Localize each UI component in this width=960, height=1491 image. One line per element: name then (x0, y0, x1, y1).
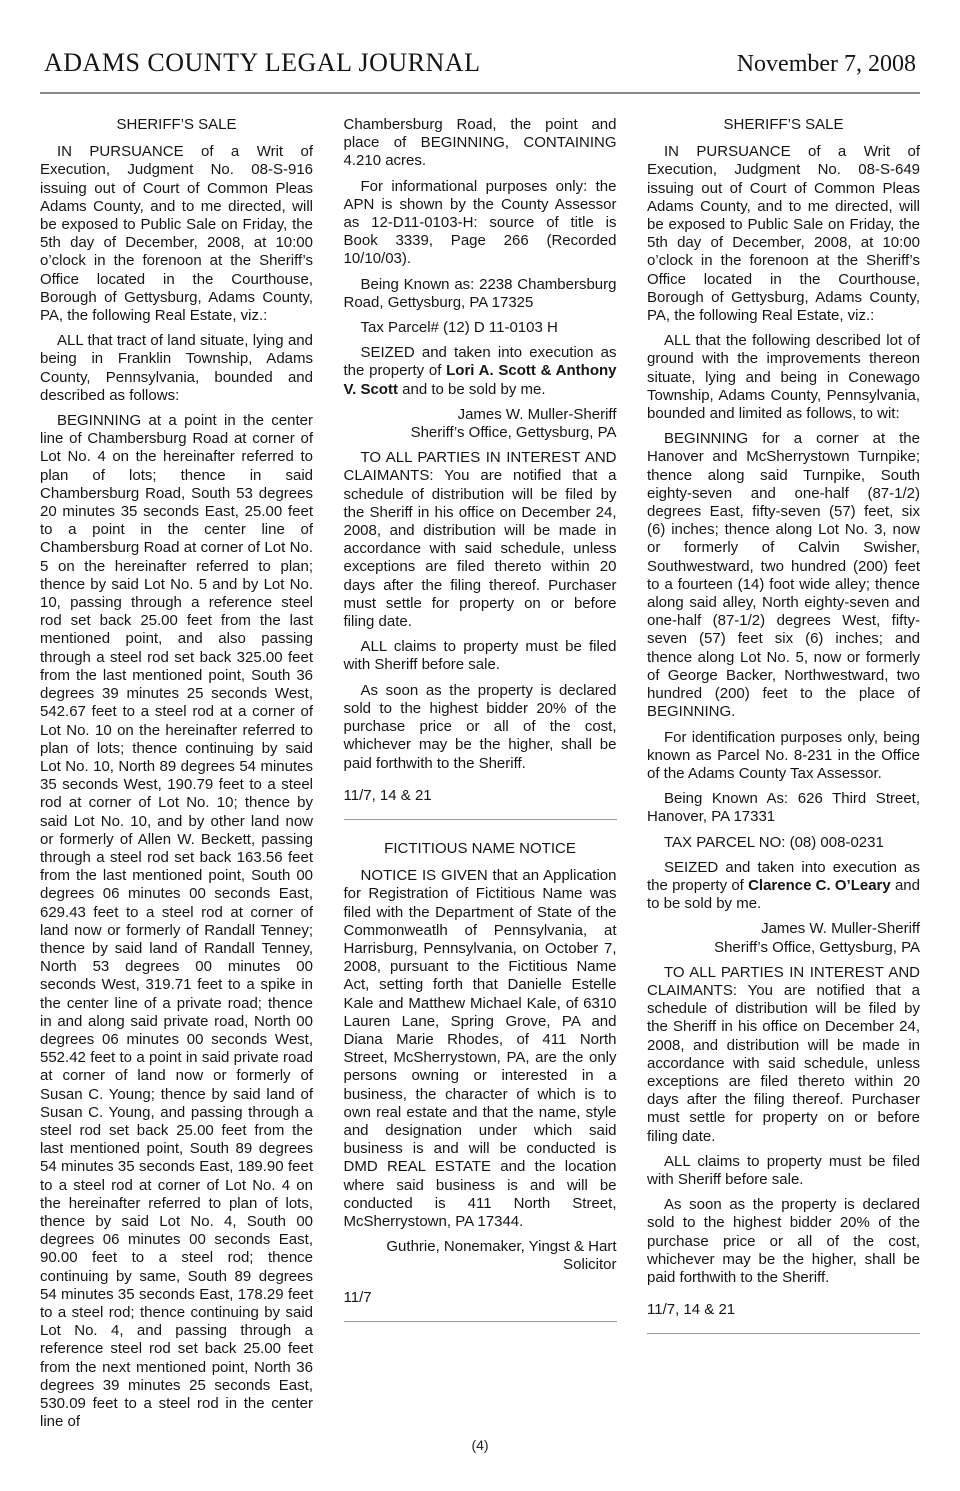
sheriffs-sale-2-known-as: Being Known As: 626 Third Street, Hanove… (647, 790, 920, 826)
sheriffs-sale-2-bidder: As soon as the property is declared sold… (647, 1196, 920, 1287)
sheriffs-sale-2-lot: ALL that the following described lot of … (647, 332, 920, 423)
sheriffs-sale-1-metes-bounds: BEGINNING at a point in the center line … (40, 412, 313, 1431)
sheriffs-sale-1-seized: SEIZED and taken into execution as the p… (344, 344, 617, 399)
sheriffs-sale-2-heading: SHERIFF’S SALE (647, 116, 920, 134)
sheriffs-sale-2-identification: For identification purposes only, being … (647, 729, 920, 784)
defendant-names: Clarence C. O’Leary (748, 877, 891, 894)
sheriff-signature-name: James W. Muller-Sheriff (647, 920, 920, 938)
text-columns: SHERIFF’S SALE IN PURSUANCE of a Writ of… (40, 116, 920, 1431)
masthead: ADAMS COUNTY LEGAL JOURNAL November 7, 2… (40, 48, 920, 78)
column-3-end-rule (647, 1333, 920, 1334)
sheriffs-sale-2-tax-parcel: TAX PARCEL NO: (08) 008-0231 (647, 834, 920, 852)
column-2: Chambersburg Road, the point and place o… (344, 116, 617, 1431)
sheriffs-sale-1-tract: ALL that tract of land situate, lying an… (40, 332, 313, 405)
sheriffs-sale-1-known-as: Being Known as: 2238 Chambersburg Road, … (344, 276, 617, 312)
fictitious-run-dates: 11/7 (344, 1289, 617, 1307)
sheriff-signature-name: James W. Muller-Sheriff (344, 406, 617, 424)
page-number: (4) (0, 1437, 960, 1453)
sheriffs-sale-2-seized: SEIZED and taken into execution as the p… (647, 859, 920, 914)
sheriff-signature-office: Sheriff’s Office, Gettysburg, PA (344, 424, 617, 442)
seized-suffix: and to be sold by me. (398, 381, 546, 398)
sheriffs-sale-1-run-dates: 11/7, 14 & 21 (344, 787, 617, 805)
masthead-rule (40, 92, 920, 94)
sheriffs-sale-1-tax-parcel: Tax Parcel# (12) D 11-0103 H (344, 319, 617, 337)
journal-page: ADAMS COUNTY LEGAL JOURNAL November 7, 2… (0, 0, 960, 1491)
column-3: SHERIFF’S SALE IN PURSUANCE of a Writ of… (647, 116, 920, 1431)
sheriffs-sale-1-parties: TO ALL PARTIES IN INTEREST AND CLAIMANTS… (344, 449, 617, 631)
sheriffs-sale-1-bidder: As soon as the property is declared sold… (344, 682, 617, 773)
notice-separator-rule (344, 819, 617, 820)
journal-title: ADAMS COUNTY LEGAL JOURNAL (44, 48, 480, 78)
column-1: SHERIFF’S SALE IN PURSUANCE of a Writ of… (40, 116, 313, 1431)
fictitious-name-body: NOTICE IS GIVEN that an Application for … (344, 867, 617, 1231)
sheriffs-sale-2-metes-bounds: BEGINNING for a corner at the Hanover an… (647, 430, 920, 721)
issue-date: November 7, 2008 (737, 51, 916, 78)
solicitor-firm: Guthrie, Nonemaker, Yingst & Hart (344, 1238, 617, 1256)
sheriffs-sale-1-pursuance: IN PURSUANCE of a Writ of Execution, Jud… (40, 143, 313, 325)
sheriffs-sale-2-run-dates: 11/7, 14 & 21 (647, 1301, 920, 1319)
solicitor-role: Solicitor (344, 1256, 617, 1274)
sheriffs-sale-1-apn: For informational purposes only: the APN… (344, 178, 617, 269)
sheriffs-sale-2-parties: TO ALL PARTIES IN INTEREST AND CLAIMANTS… (647, 964, 920, 1146)
sheriffs-sale-1-continuation: Chambersburg Road, the point and place o… (344, 116, 617, 171)
sheriff-signature-office: Sheriff’s Office, Gettysburg, PA (647, 939, 920, 957)
fictitious-name-heading: FICTITIOUS NAME NOTICE (344, 840, 617, 858)
sheriffs-sale-1-claims: ALL claims to property must be filed wit… (344, 638, 617, 674)
sheriffs-sale-2-pursuance: IN PURSUANCE of a Writ of Execution, Jud… (647, 143, 920, 325)
column-2-end-rule (344, 1321, 617, 1322)
sheriffs-sale-1-heading: SHERIFF’S SALE (40, 116, 313, 134)
sheriffs-sale-2-claims: ALL claims to property must be filed wit… (647, 1153, 920, 1189)
